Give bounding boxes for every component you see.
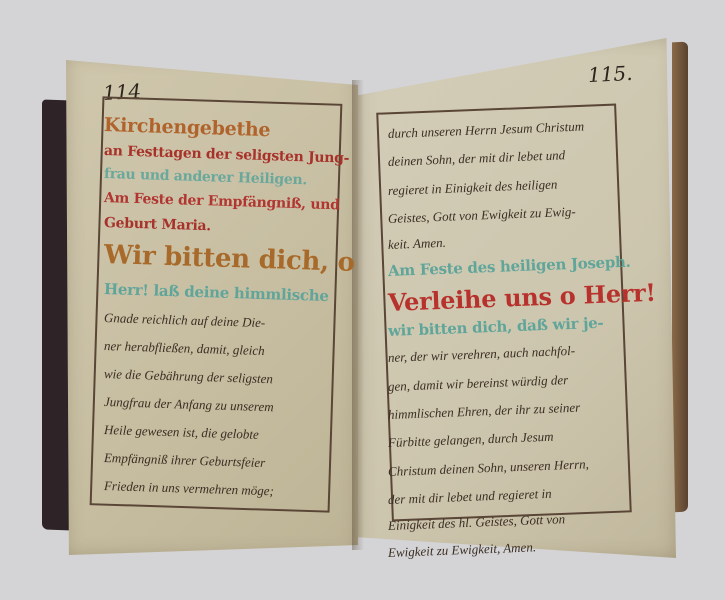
open-manuscript-book: 114 115. Kirchengebethean Festtagen der … — [0, 0, 725, 600]
book-cover-right — [672, 42, 688, 513]
left-page-line: Geburt Maria. — [104, 215, 211, 234]
book-gutter — [352, 80, 364, 550]
right-page-line: keit. Amen. — [388, 235, 446, 253]
right-page-line: Ewigkeit zu Ewigkeit, Amen. — [388, 539, 537, 561]
right-page-number: 115. — [587, 61, 633, 87]
